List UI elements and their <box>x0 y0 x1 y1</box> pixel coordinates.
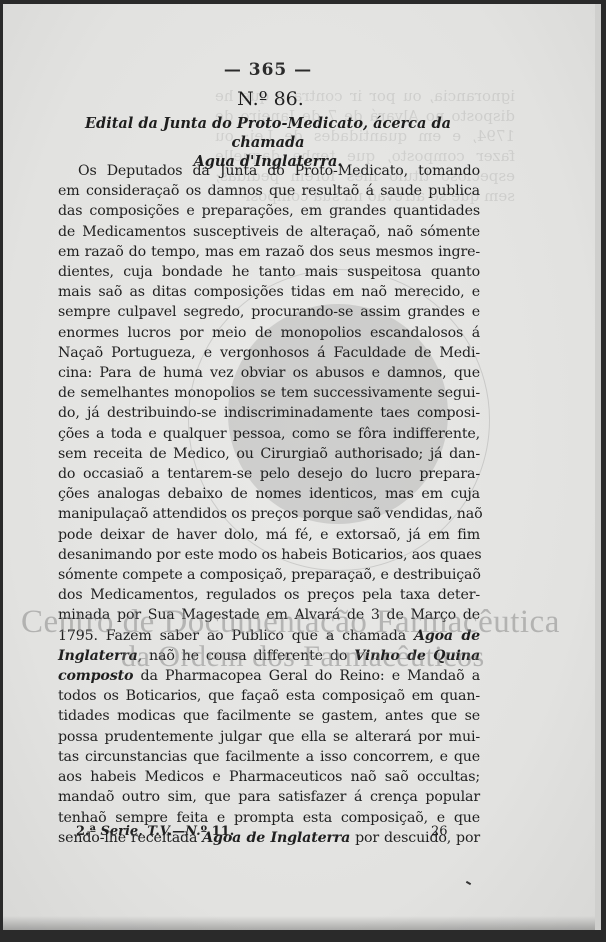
series-issue: º 11. <box>201 824 235 839</box>
text-run: por descuido, por <box>350 830 480 846</box>
body-line: tas circunstancias que facilmente a isso… <box>58 747 480 767</box>
body-line: em razaõ do tempo, mas em razaõ dos seus… <box>58 242 480 262</box>
body-line: tidades modicas que facilmente se gastem… <box>58 706 480 726</box>
body-line: dos Medicamentos, regulados os preços pe… <box>58 585 480 605</box>
series-label: Serie, T.V.—N. <box>100 824 200 839</box>
body-line: de Medicamentos susceptiveis de alteraça… <box>58 222 480 242</box>
body-line: de semelhantes monopolios se tem success… <box>58 383 480 403</box>
body-line: Naçaõ Portugueza, e vergonhosos á Faculd… <box>58 343 480 363</box>
body-line: mandaõ outro sim, que para satisfazer á … <box>58 787 480 807</box>
title-line-1: Edital da Junta do Proto-Medicato, ácerc… <box>58 114 478 152</box>
body-line: em consideraçaõ os damnos que resultaõ á… <box>58 181 480 201</box>
body-line: do occasiaõ a tentarem-se pelo desejo do… <box>58 464 480 484</box>
body-line: mais saõ as ditas composições tidas em n… <box>58 282 480 302</box>
body-line: sem receita de Medico, ou Cirurgiaõ auth… <box>58 444 480 464</box>
body-line: cina: Para de huma vez obviar os abusos … <box>58 363 480 383</box>
body-line: ções analogas debaixo de nomes identicos… <box>58 484 480 504</box>
series-number: 2.ª <box>76 824 100 839</box>
body-line: manipulaçaõ attendidos os preços porque … <box>58 504 480 524</box>
body-line: aos habeis Medicos e Pharmaceuticos naõ … <box>58 767 480 787</box>
body-line: pode deixar de haver dolo, má fé, e exto… <box>58 525 480 545</box>
body-text: Os Deputados da Junta do Proto-Medicato,… <box>58 161 480 848</box>
body-line: enormes lucros por meio de monopolios es… <box>58 323 480 343</box>
edict-number: N.º 86. <box>3 88 538 110</box>
signature-mark: 2.ª Serie, T.V.—N.º 11. <box>76 824 234 839</box>
page-number-header: — 365 — <box>3 60 533 80</box>
ink-speck <box>466 881 471 885</box>
body-line: desanimando por este modo os habeis Boti… <box>58 545 480 565</box>
body-line: sómente compete a composiçaõ, preparaçaõ… <box>58 565 480 585</box>
body-line: sempre culpavel segredo, procurando-se a… <box>58 302 480 322</box>
body-line: das composições e preparações, em grande… <box>58 201 480 221</box>
watermark-line-1: Centro de Documentação Farmacêutica <box>21 604 560 641</box>
body-line: do, já destribuindo-se indiscriminadamen… <box>58 403 480 423</box>
watermark-line-2: da Ordem dos Farmacêuticos <box>121 640 485 674</box>
page-edge-shadow <box>3 916 595 930</box>
scanned-page: ignorancia, ou por ir contra o que he di… <box>3 4 601 930</box>
body-line: todos os Boticarios, que façaõ esta comp… <box>58 686 480 706</box>
gathering-signature: 26 <box>431 824 448 839</box>
body-line: Os Deputados da Junta do Proto-Medicato,… <box>58 161 480 181</box>
body-line: possa prudentemente julgar que ella se a… <box>58 727 480 747</box>
body-line: dientes, cuja bondade he tanto mais susp… <box>58 262 480 282</box>
body-line: ções a toda e qualquer pessoa, como se f… <box>58 424 480 444</box>
